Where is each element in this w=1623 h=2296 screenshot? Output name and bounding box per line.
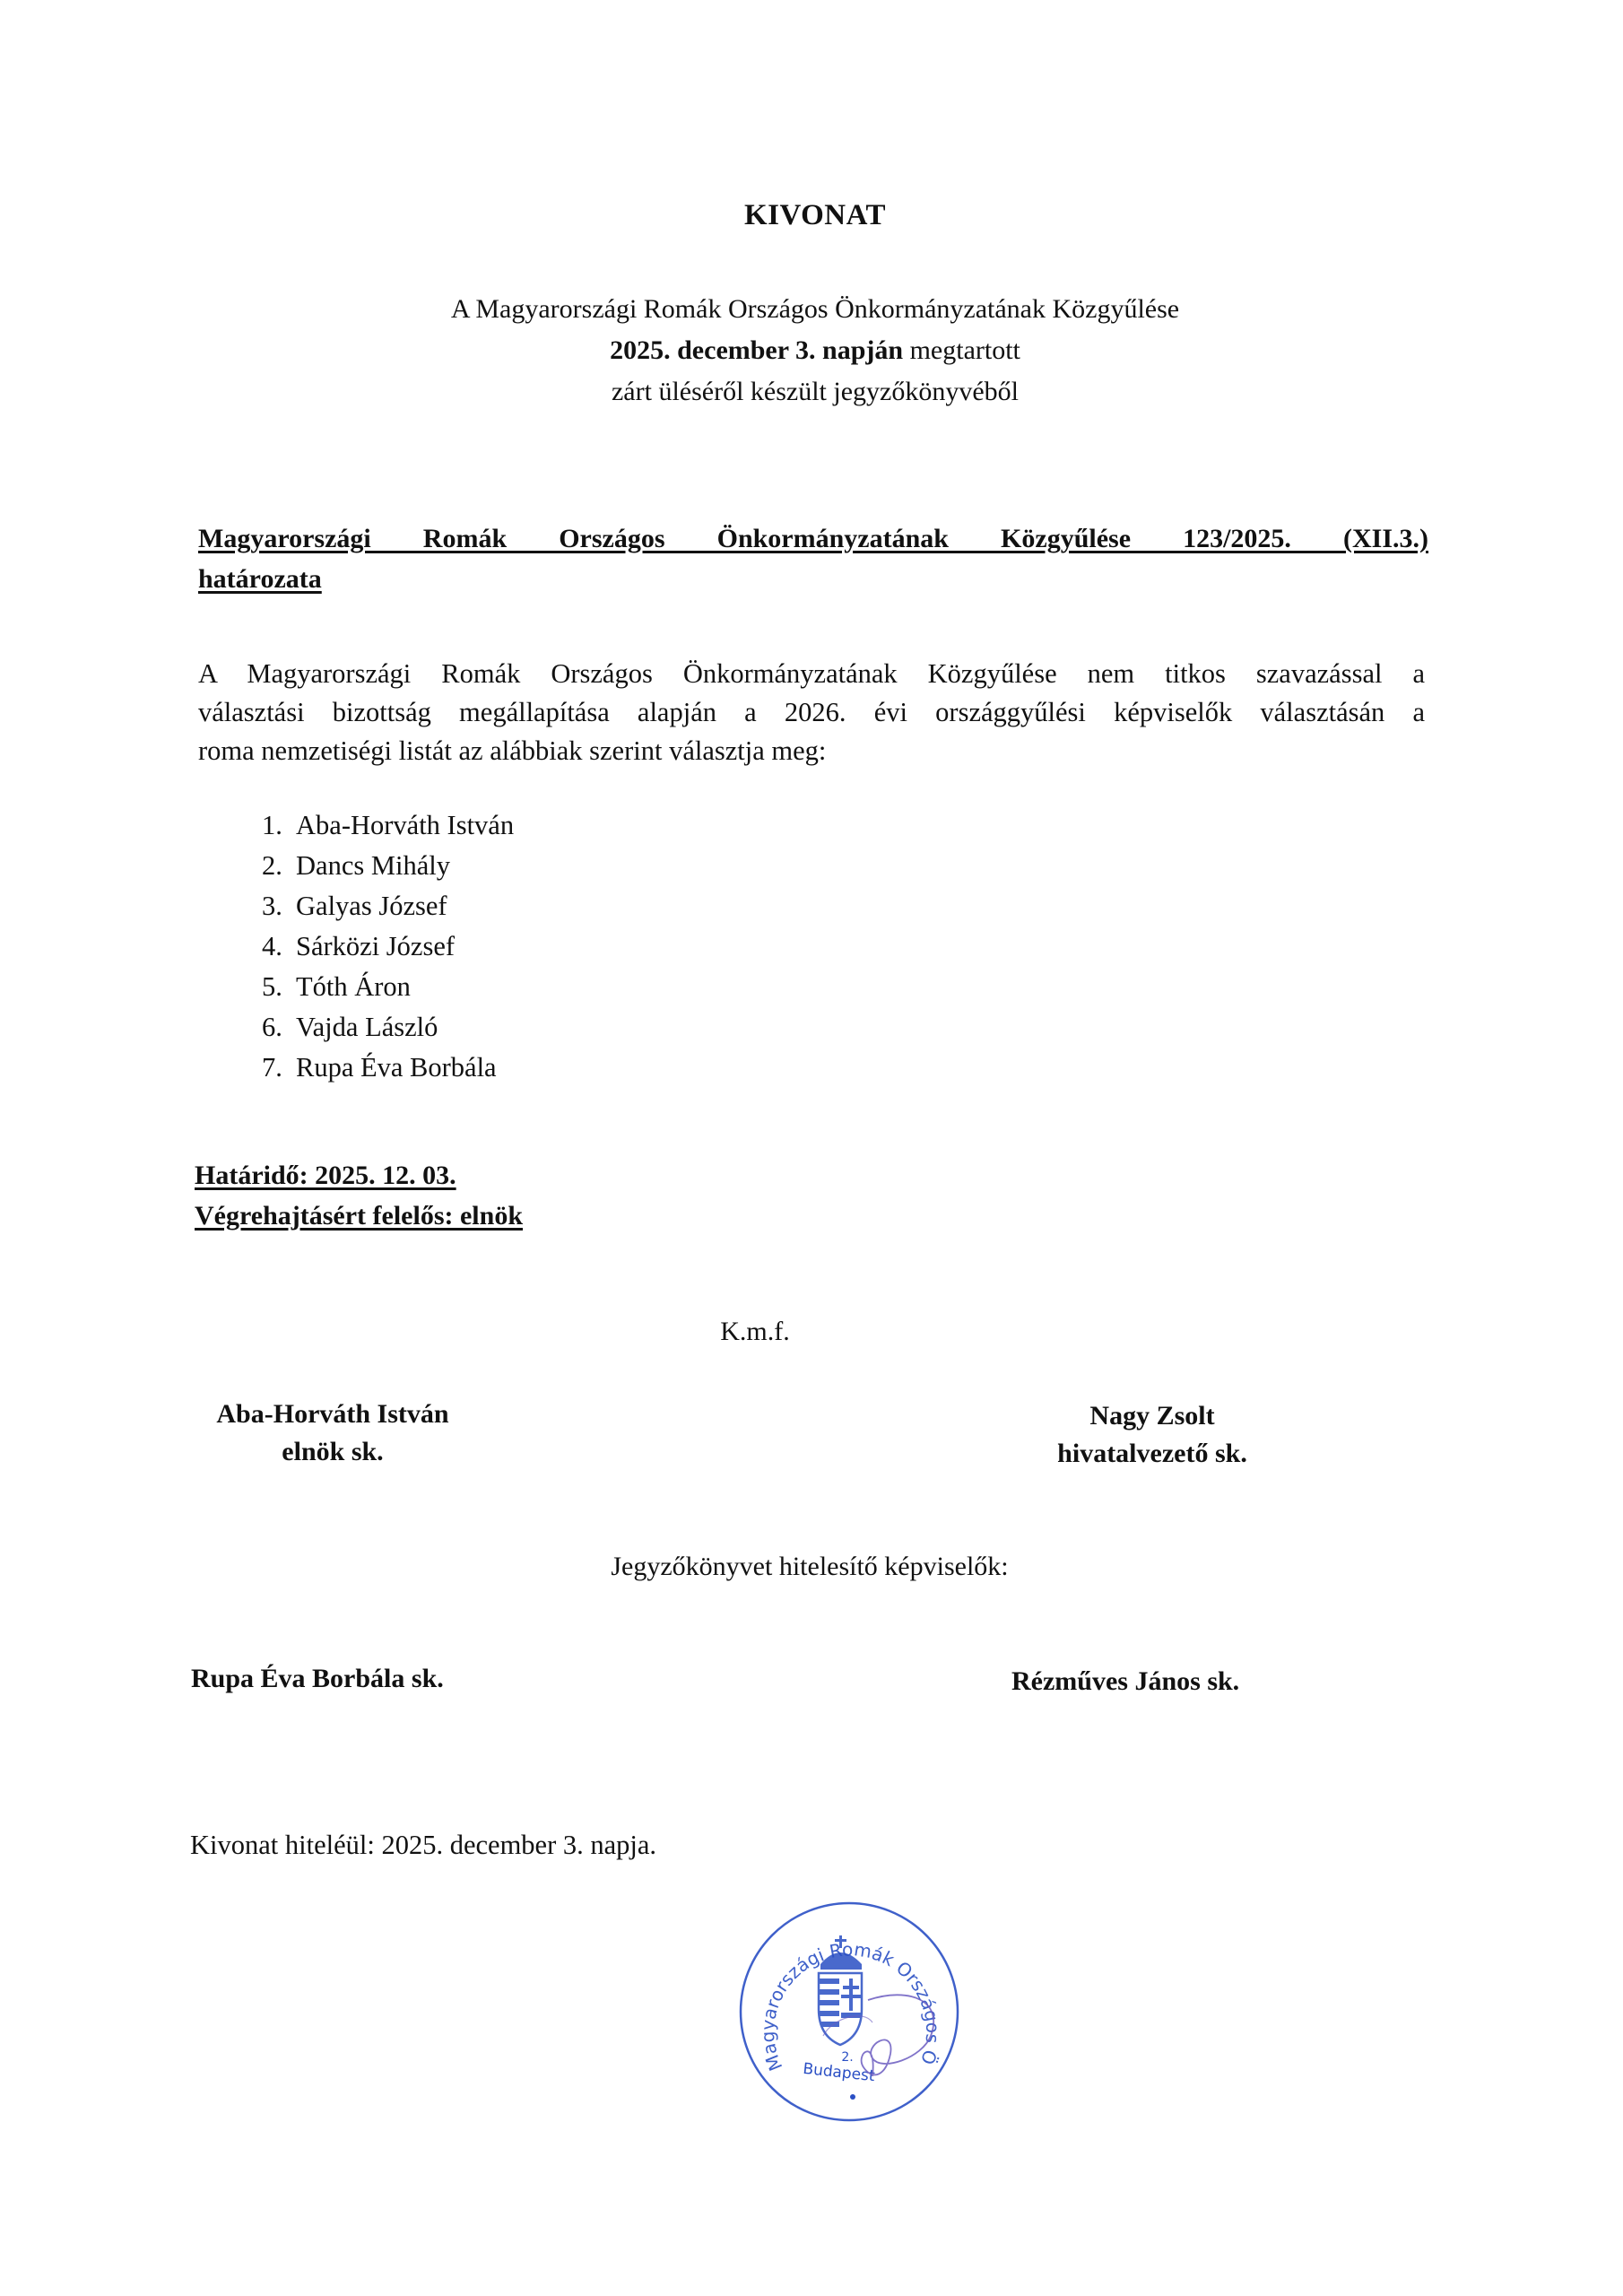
header-line-1: A Magyarországi Romák Országos Önkormány… <box>0 289 1623 330</box>
candidate-name: Aba-Horváth István <box>296 805 514 846</box>
header-line-2: 2025. december 3. napján megtartott <box>0 330 1623 371</box>
list-item: 3.Galyas József <box>262 886 514 926</box>
paragraph-line: roma nemzetiségi listát az alábbiak szer… <box>198 732 1425 770</box>
kmf-label: K.m.f. <box>0 1317 1510 1347</box>
resolution-paragraph: A Magyarországi Romák Országos Önkormány… <box>198 655 1425 770</box>
authenticator-right: Rézműves János sk. <box>1011 1666 1239 1697</box>
signature-chair: Aba-Horváth István elnök sk. <box>185 1396 481 1471</box>
signatory-name: Aba-Horváth István <box>185 1396 481 1433</box>
authenticator-left: Rupa Éva Borbála sk. <box>191 1664 444 1694</box>
deadline: Határidő: 2025. 12. 03. <box>195 1161 456 1190</box>
header-line-3: zárt üléséről készült jegyzőkönyvéből <box>0 371 1623 413</box>
list-item: 1.Aba-Horváth István <box>262 805 514 846</box>
list-item: 6.Vajda László <box>262 1007 514 1048</box>
list-number: 3. <box>262 886 296 926</box>
deadline-block: Határidő: 2025. 12. 03. Végrehajtásért f… <box>195 1155 523 1236</box>
document-header: A Magyarországi Romák Országos Önkormány… <box>0 289 1623 413</box>
candidate-name: Rupa Éva Borbála <box>296 1048 497 1088</box>
list-number: 5. <box>262 967 296 1007</box>
candidate-name: Dancs Mihály <box>296 846 450 886</box>
list-item: 7.Rupa Éva Borbála <box>262 1048 514 1088</box>
paragraph-line: A Magyarországi Romák Országos Önkormány… <box>198 655 1425 693</box>
signature-office-head: Nagy Zsolt hivatalvezető sk. <box>1022 1397 1282 1473</box>
signatory-name: Nagy Zsolt <box>1022 1397 1282 1435</box>
svg-text:2.: 2. <box>841 2050 853 2065</box>
candidate-name: Sárközi József <box>296 926 455 967</box>
svg-text:Budapest: Budapest <box>802 2060 875 2085</box>
candidate-name: Tóth Áron <box>296 967 411 1007</box>
list-number: 1. <box>262 805 296 846</box>
resolution-title-line-1: Magyarországi Romák Országos Önkormányza… <box>198 524 1428 553</box>
paragraph-line: választási bizottság megállapítása alapj… <box>198 693 1425 732</box>
list-item: 2.Dancs Mihály <box>262 846 514 886</box>
resolution-title: Magyarországi Romák Országos Önkormányza… <box>198 518 1428 559</box>
certification-line: Kivonat hiteléül: 2025. december 3. napj… <box>190 1830 656 1861</box>
candidate-name: Galyas József <box>296 886 447 926</box>
resolution-title-cont: határozata <box>198 559 322 599</box>
list-number: 2. <box>262 846 296 886</box>
signatory-role: hivatalvezető sk. <box>1022 1435 1282 1473</box>
meeting-date: 2025. december 3. napján <box>610 335 903 365</box>
document-title: KIVONAT <box>0 199 1623 232</box>
list-number: 6. <box>262 1007 296 1048</box>
list-number: 4. <box>262 926 296 967</box>
responsible-party: Végrehajtásért felelős: elnök <box>195 1201 523 1231</box>
candidate-list: 1.Aba-Horváth István 2.Dancs Mihály 3.Ga… <box>262 805 514 1088</box>
list-item: 5.Tóth Áron <box>262 967 514 1007</box>
official-seal-icon: Magyarországi Romák Országos Önkormányza… <box>738 1901 962 2126</box>
list-number: 7. <box>262 1048 296 1088</box>
header-line-2-rest: megtartott <box>903 335 1020 365</box>
authenticators-label: Jegyzőkönyvet hitelesítő képviselők: <box>0 1552 1619 1582</box>
candidate-name: Vajda László <box>296 1007 438 1048</box>
list-item: 4.Sárközi József <box>262 926 514 967</box>
resolution-title-line-2: határozata <box>198 564 322 594</box>
signatory-role: elnök sk. <box>185 1433 481 1471</box>
